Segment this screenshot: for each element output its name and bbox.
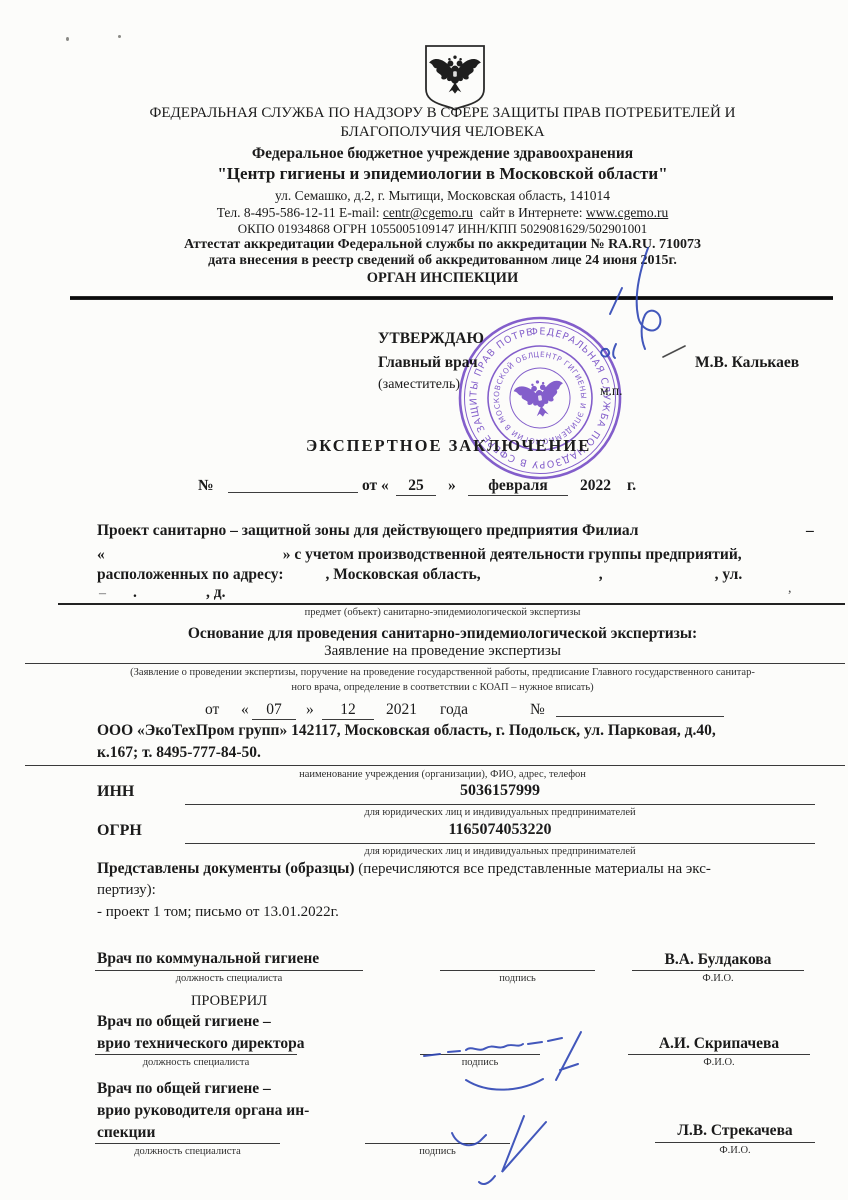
basis-caption-line2: ного врача, определение в соответствии с… — [55, 682, 830, 693]
subject-line4-dash: – — [99, 586, 106, 602]
signer1-name: В.А. Булдакова — [632, 951, 804, 969]
email-link[interactable]: centr@cgemo.ru — [383, 205, 473, 220]
site-label: сайт в Интернете: — [480, 205, 583, 220]
ogrn-value: 1165074053220 — [185, 821, 815, 839]
documents-line3: - проект 1 том; письмо от 13.01.2022г. — [97, 904, 339, 921]
signer1-position-rule — [95, 970, 363, 971]
scan-speck — [66, 37, 69, 41]
signer1-position-caption: должность специалиста — [95, 973, 363, 984]
basis-number-blank — [556, 701, 724, 717]
basis-heading: Основание для проведения санитарно-эпиде… — [55, 625, 830, 643]
agency-name-line1: ФЕДЕРАЛЬНАЯ СЛУЖБА ПО НАДЗОРУ В СФЕРЕ ЗА… — [55, 105, 830, 122]
applicant-caption: наименование учреждения (организации), Ф… — [55, 769, 830, 780]
header-divider-rule — [70, 296, 833, 300]
inn-caption: для юридических лиц и индивидуальных пре… — [185, 807, 815, 818]
signer1-position: Врач по коммунальной гигиене — [97, 950, 319, 968]
basis-date-year: 2021 — [386, 701, 417, 719]
subject-line3-blank3 — [603, 564, 715, 579]
signer1-name-rule — [632, 970, 804, 971]
basis-date-quote-open: « — [241, 701, 249, 719]
signer2-position-line2: врио технического директора — [97, 1035, 305, 1053]
subject-caption: предмет (объект) санитарно-эпидемиологич… — [55, 607, 830, 618]
double-headed-eagle-icon — [429, 56, 481, 94]
doc-number-label: № — [198, 477, 214, 495]
basis-date-year-label: года — [440, 701, 468, 719]
subject-line2-open-quote: « — [97, 546, 105, 563]
checked-label: ПРОВЕРИЛ — [95, 993, 363, 1010]
subject-line4-dot: . — [133, 584, 137, 602]
pencil-tick-mark — [663, 346, 685, 357]
signer2-signature-caption: подпись — [420, 1057, 540, 1068]
basis-date-month: 12 — [322, 701, 374, 720]
signer3-signature-caption: подпись — [365, 1146, 510, 1157]
applicant-underline-rule — [25, 765, 845, 766]
signer2-signature-rule — [420, 1054, 540, 1055]
signer2-fio-caption: Ф.И.О. — [628, 1057, 810, 1068]
round-ink-stamp: ФЕДЕРАЛЬНАЯ СЛУЖБА ПО НАДЗОРУ В СФЕРЕ ЗА… — [440, 299, 641, 496]
subject-line3-d: , ул. — [715, 566, 743, 583]
subject-line4-comma: , — [788, 581, 792, 597]
doc-number-blank — [228, 477, 358, 493]
inn-underline-rule — [185, 804, 815, 805]
subject-line3-blank2 — [481, 564, 599, 579]
signer3-position-caption: должность специалиста — [95, 1146, 280, 1157]
signer3-fio-caption: Ф.И.О. — [655, 1145, 815, 1156]
org-name: "Центр гигиены и эпидемиологии в Московс… — [55, 164, 830, 184]
subject-line1: Проект санитарно – защитной зоны для дей… — [97, 522, 638, 540]
ogrn-label: ОГРН — [97, 822, 142, 840]
website-link[interactable]: www.cgemo.ru — [586, 205, 668, 220]
org-type: Федеральное бюджетное учреждение здравоо… — [55, 145, 830, 163]
subject-line3-a: расположенных по адресу: — [97, 566, 284, 583]
subject-line1-tail: – — [806, 522, 814, 540]
agency-name-line2: БЛАГОПОЛУЧИЯ ЧЕЛОВЕКА — [55, 124, 830, 141]
basis-number-label: № — [530, 701, 545, 719]
org-codes: ОКПО 01934868 ОГРН 1055005109147 ИНН/КПП… — [55, 221, 830, 237]
basis-date-quote-close: » — [306, 701, 314, 719]
coat-of-arms-shield-icon — [417, 43, 493, 113]
subject-line2: «» с учетом производственной деятельност… — [97, 544, 742, 564]
applicant-line1: ООО «ЭкоТехПром групп» 142117, Московска… — [97, 722, 716, 740]
approver-name: М.В. Калькаев — [695, 354, 799, 372]
signer2-name-rule — [628, 1054, 810, 1055]
signer2-signature-arc — [466, 1079, 543, 1090]
subject-underline-rule — [58, 603, 845, 605]
org-contacts: Тел. 8-495-586-12-11 E-mail: centr@cgemo… — [55, 205, 830, 221]
ogrn-caption: для юридических лиц и индивидуальных пре… — [185, 846, 815, 857]
signer3-position-line3: спекции — [97, 1124, 155, 1142]
stamp-eagle-icon — [513, 376, 568, 420]
signer3-name: Л.В. Стрекачева — [655, 1122, 815, 1140]
phone-label: Тел. 8-495-586-12-11 E-mail: — [217, 205, 380, 220]
inspection-body-label: ОРГАН ИНСПЕКЦИИ — [55, 270, 830, 287]
signer2-name: А.И. Скрипачева — [628, 1035, 810, 1053]
date-quote-close: » — [448, 477, 456, 495]
org-address: ул. Семашко, д.2, г. Мытищи, Московская … — [55, 188, 830, 204]
signer2-signature-slash — [556, 1032, 581, 1080]
accreditation-line2: дата внесения в реестр сведений об аккре… — [55, 253, 830, 269]
subject-line2-blank — [105, 544, 283, 559]
documents-line2: пертизу): — [97, 882, 156, 899]
scan-speck — [118, 35, 121, 38]
inn-value: 5036157999 — [185, 782, 815, 800]
ogrn-underline-rule — [185, 843, 815, 844]
documents-line1: Представлены документы (образцы) (перечи… — [97, 860, 711, 878]
documents-lead-rest: (перечисляются все представленные матери… — [355, 861, 711, 877]
date-year-suffix: г. — [627, 477, 636, 495]
signer2-position-line1: Врач по общей гигиене – — [97, 1013, 271, 1031]
date-year: 2022 — [580, 477, 611, 495]
basis-date-ot: от — [205, 701, 219, 719]
subject-line3-b: , Московская область, — [326, 566, 481, 583]
signer1-signature-rule — [440, 970, 595, 971]
date-month: февраля — [468, 477, 568, 496]
signer2-position-caption: должность специалиста — [95, 1057, 297, 1068]
basis-caption-line1: (Заявление о проведении экспертизы, пору… — [55, 667, 830, 678]
applicant-line2: к.167; т. 8495-777-84-50. — [97, 744, 261, 762]
signer1-signature-caption: подпись — [440, 973, 595, 984]
signer1-fio-caption: Ф.И.О. — [632, 973, 804, 984]
signer2-position-rule — [95, 1054, 297, 1055]
signer3-position-line2: врио руководителя органа ин- — [97, 1102, 309, 1120]
date-ot-label: от « — [362, 477, 389, 495]
subject-line3: расположенных по адресу:, Московская обл… — [97, 564, 742, 584]
basis-date-day: 07 — [252, 701, 296, 720]
signer3-name-rule — [655, 1142, 815, 1143]
signer3-position-line1: Врач по общей гигиене – — [97, 1080, 271, 1098]
subject-line2-rest: » с учетом производственной деятельности… — [283, 546, 742, 563]
basis-value: Заявление на проведение экспертизы — [55, 643, 830, 660]
subject-line4-house: , д. — [206, 584, 225, 602]
signer3-position-rule — [95, 1143, 280, 1144]
basis-underline-rule — [25, 663, 845, 664]
documents-lead-bold: Представлены документы (образцы) — [97, 860, 355, 877]
document-title: ЭКСПЕРТНОЕ ЗАКЛЮЧЕНИЕ — [306, 436, 591, 456]
subject-line3-blank1 — [284, 564, 326, 579]
date-day: 25 — [396, 477, 436, 496]
signer3-signature-rule — [365, 1143, 510, 1144]
scanned-document-page: ФЕДЕРАЛЬНАЯ СЛУЖБА ПО НАДЗОРУ В СФЕРЕ ЗА… — [0, 0, 848, 1200]
accreditation-line1: Аттестат аккредитации Федеральной службы… — [55, 237, 830, 253]
inn-label: ИНН — [97, 783, 134, 801]
